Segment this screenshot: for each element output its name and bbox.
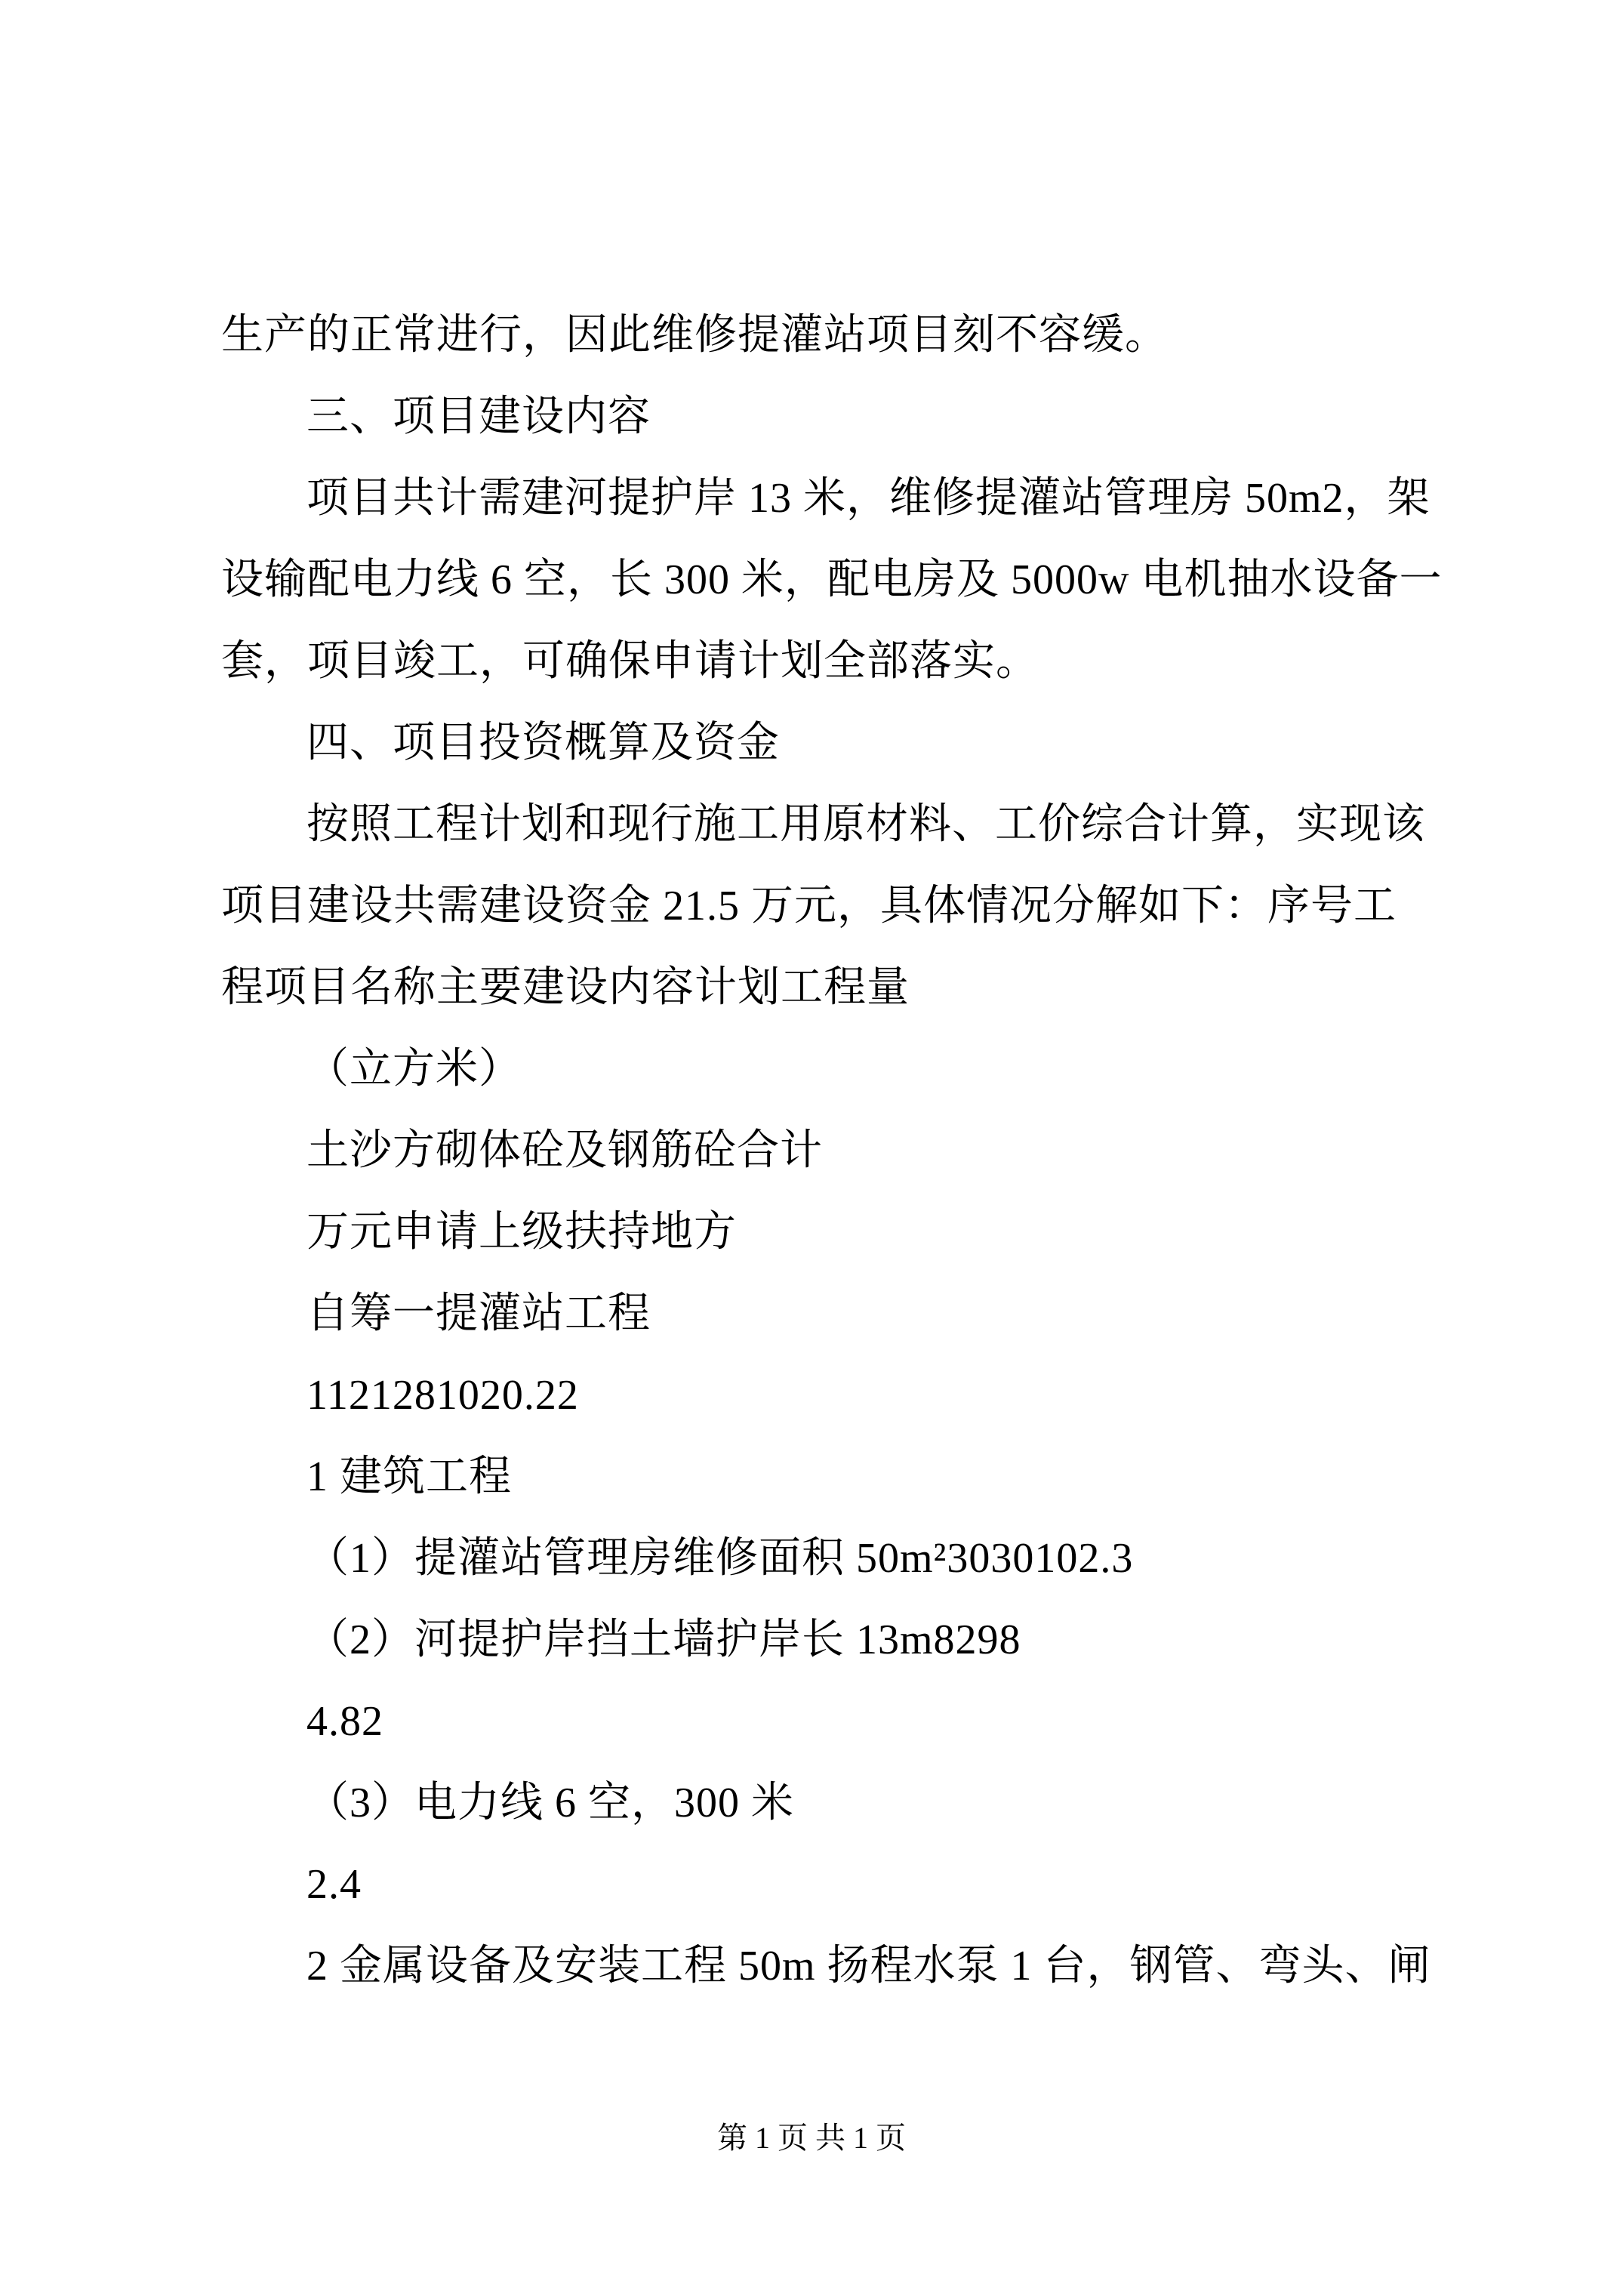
document-body: 生产的正常进行，因此维修提灌站项目刻不容缓。 三、项目建设内容 项目共计需建河提…: [221, 294, 1405, 2007]
paragraph-construction-content-line-1: 项目共计需建河提护岸 13 米，维修提灌站管理房 50m2，架: [221, 458, 1405, 539]
line-item-3-power-line: （3）电力线 6 空，300 米: [221, 1762, 1405, 1844]
line-item-1-management-house: （1）提灌站管理房维修面积 50m²3030102.3: [221, 1518, 1405, 1599]
heading-section-three: 三、项目建设内容: [221, 376, 1405, 458]
paragraph-tail-production: 生产的正常进行，因此维修提灌站项目刻不容缓。: [221, 294, 1405, 376]
line-metal-equipment-install: 2 金属设备及安装工程 50m 扬程水泵 1 台，钢管、弯头、闸: [221, 1925, 1405, 2007]
paragraph-construction-content-line-2: 设输配电力线 6 空，长 300 米，配电房及 5000w 电机抽水设备一: [221, 539, 1405, 621]
line-quantity-figures: 1121281020.22: [221, 1354, 1405, 1436]
line-value-2-4: 2.4: [221, 1844, 1405, 1925]
page-footer: 第 1 页 共 1 页: [0, 2119, 1623, 2158]
line-item-2-embankment-wall: （2）河提护岸挡土墙护岸长 13m8298: [221, 1599, 1405, 1681]
paragraph-construction-content-line-3: 套，项目竣工，可确保申请计划全部落实。: [221, 621, 1405, 702]
line-self-raise-pump-station-project: 自筹一提灌站工程: [221, 1273, 1405, 1354]
line-value-4-82: 4.82: [221, 1681, 1405, 1762]
line-earthwork-masonry-concrete-total: 土沙方砌体砼及钢筋砼合计: [221, 1110, 1405, 1191]
line-funding-sources: 万元申请上级扶持地方: [221, 1191, 1405, 1273]
page-footer-text: 第 1 页 共 1 页: [717, 2121, 906, 2155]
paragraph-investment-line-3: 程项目名称主要建设内容计划工程量: [221, 947, 1405, 1028]
paragraph-investment-line-2: 项目建设共需建设资金 21.5 万元，具体情况分解如下：序号工: [221, 865, 1405, 947]
paragraph-investment-line-1: 按照工程计划和现行施工用原材料、工价综合计算，实现该: [221, 784, 1405, 865]
line-building-works: 1 建筑工程: [221, 1436, 1405, 1518]
line-cubic-meters: （立方米）: [221, 1028, 1405, 1110]
heading-section-four: 四、项目投资概算及资金: [221, 702, 1405, 784]
document-page: 生产的正常进行，因此维修提灌站项目刻不容缓。 三、项目建设内容 项目共计需建河提…: [0, 0, 1623, 2296]
